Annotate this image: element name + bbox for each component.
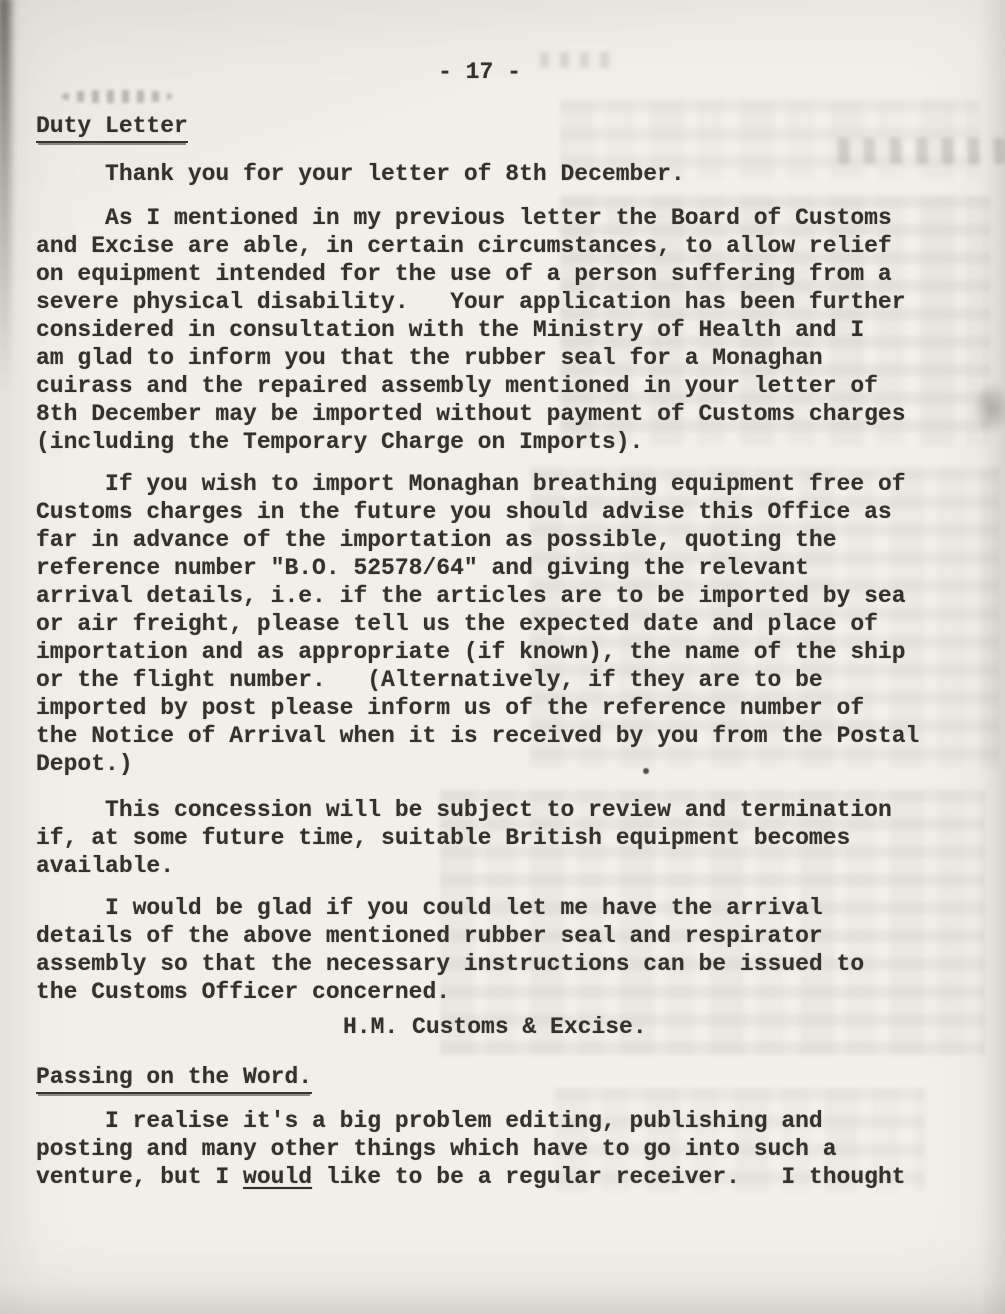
paragraph-relief: As I mentioned in my previous letter the… bbox=[36, 204, 966, 456]
paragraph-intro: I realise it's a big problem editing, pu… bbox=[36, 1107, 966, 1191]
heading-duty-letter-text: Duty Letter bbox=[36, 112, 188, 143]
scanned-letter-page: - 17 - Duty Letter Thank you for your le… bbox=[0, 0, 1005, 1314]
scan-blemish bbox=[972, 382, 1005, 434]
paragraph-intro-emphasis: would bbox=[243, 1164, 312, 1190]
pencil-smudge bbox=[62, 90, 172, 103]
heading-duty-letter: Duty Letter bbox=[36, 112, 188, 143]
paragraph-thanks: Thank you for your letter of 8th Decembe… bbox=[36, 160, 966, 188]
paragraph-arrival-details: I would be glad if you could let me have… bbox=[36, 894, 966, 1006]
paragraph-concession: This concession will be subject to revie… bbox=[36, 796, 966, 880]
paragraph-import-procedure: If you wish to import Monaghan breathing… bbox=[36, 470, 966, 778]
paragraph-intro-after: like to be a regular receiver. I thought bbox=[312, 1164, 906, 1190]
page-number: - 17 - bbox=[0, 58, 959, 86]
scan-shadow-bottom-edge bbox=[0, 1284, 1005, 1314]
signature-line: H.M. Customs & Excise. bbox=[343, 1013, 647, 1041]
heading-passing-on-the-word-text: Passing on the Word. bbox=[36, 1063, 312, 1094]
heading-passing-on-the-word: Passing on the Word. bbox=[36, 1063, 312, 1094]
